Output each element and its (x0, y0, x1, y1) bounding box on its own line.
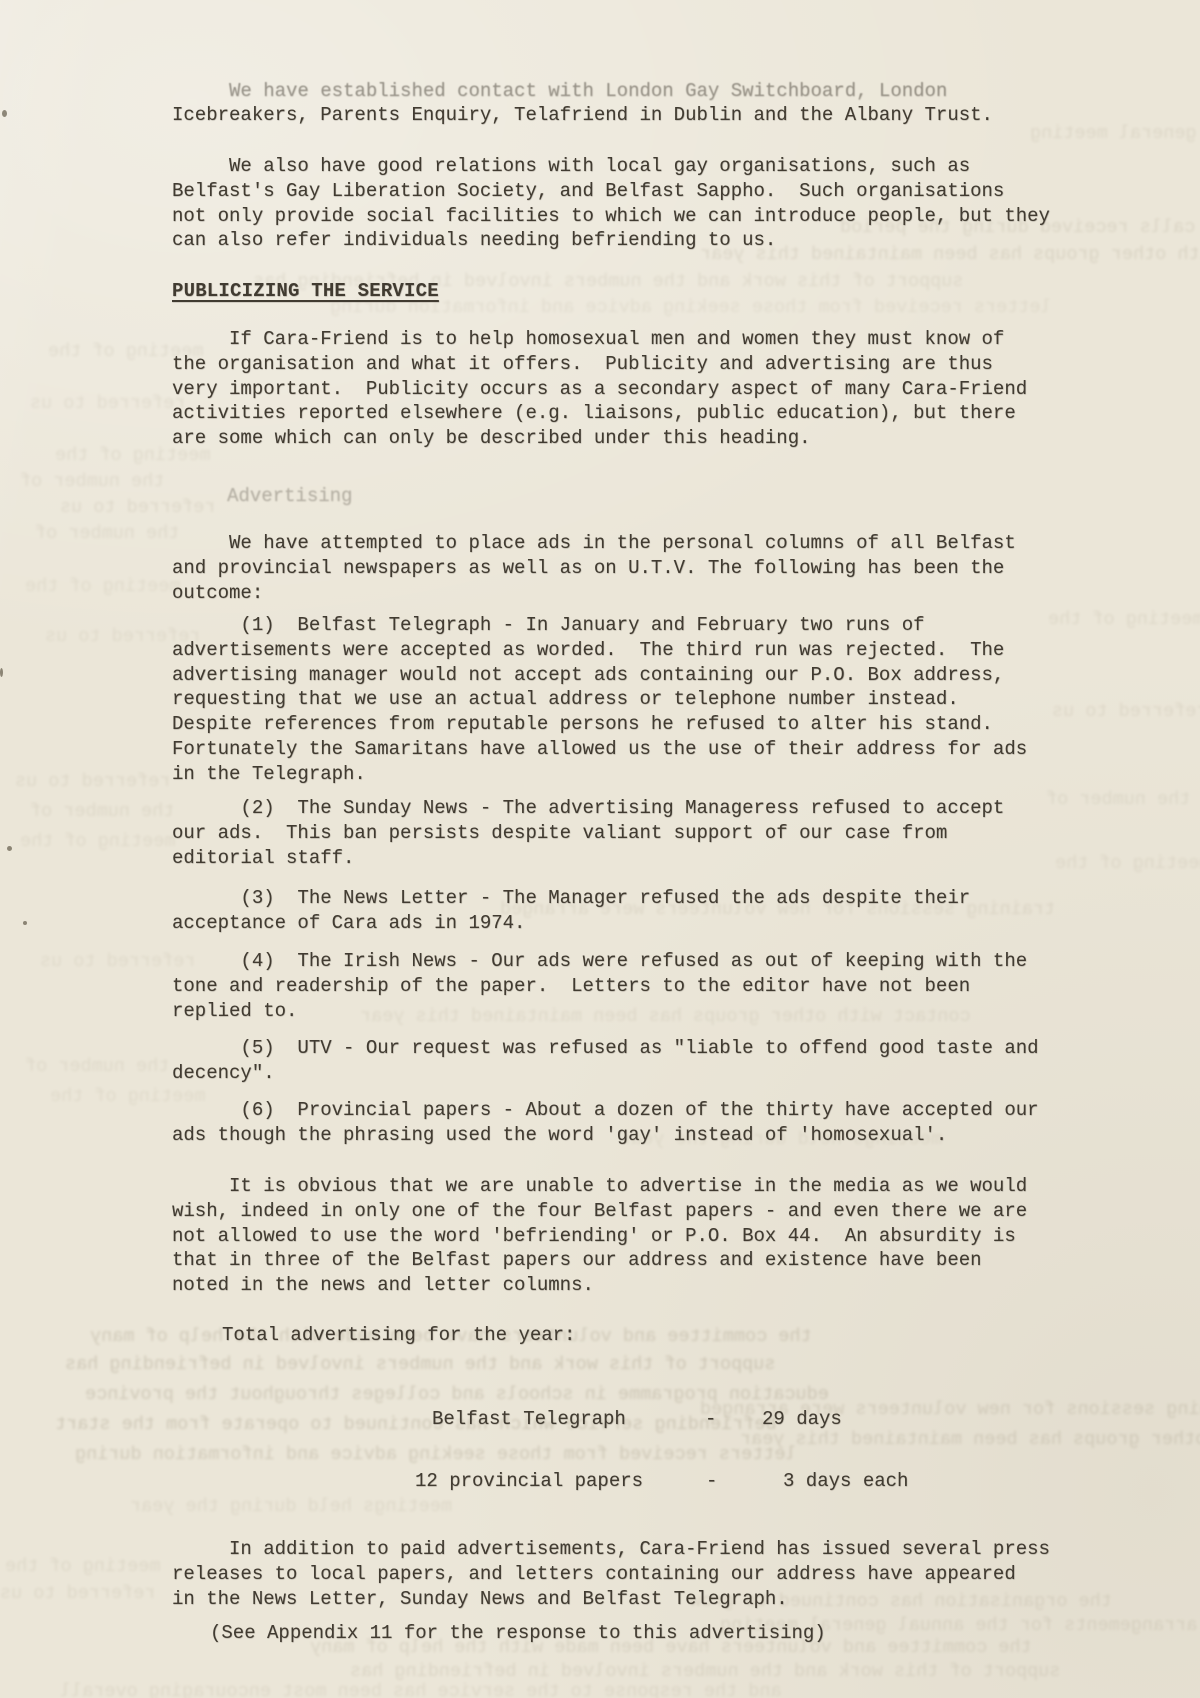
bleedthrough-line: referred to us (60, 496, 215, 520)
document-page: arrangements for the annual general meet… (0, 0, 1200, 1698)
total-advertising-label: Total advertising for the year: (222, 1323, 575, 1348)
bleedthrough-line: meeting of the (1055, 852, 1200, 876)
table-row-2-value: 3 days each (783, 1469, 908, 1494)
ink-speck (7, 846, 12, 851)
bleedthrough-line: meeting of the (20, 830, 175, 854)
paragraph-press-releases: In addition to paid advertisements, Cara… (172, 1537, 1050, 1611)
bleedthrough-line: meeting of the (25, 575, 180, 599)
table-row-1-name: Belfast Telegraph (432, 1407, 626, 1432)
list-item-5-utv: (5) UTV - Our request was refused as "li… (172, 1036, 1039, 1086)
paragraph-contacts-line2: Icebreakers, Parents Enquiry, Telafriend… (172, 103, 993, 128)
list-item-2-sunday-news: (2) The Sunday News - The advertising Ma… (172, 796, 1004, 870)
bleedthrough-line: the number of (35, 522, 179, 546)
bleedthrough-line: meeting of the (5, 1555, 160, 1579)
paragraph-publicity-importance: If Cara-Friend is to help homosexual men… (172, 327, 1027, 451)
bleedthrough-line: referred to us (0, 1582, 155, 1606)
paragraph-local-organisations: We also have good relations with local g… (172, 154, 1050, 253)
bleedthrough-line: meeting of the (1048, 608, 1200, 632)
bleedthrough-line: the number of (25, 1055, 169, 1079)
paragraph-advertising-conclusion: It is obvious that we are unable to adve… (172, 1174, 1027, 1298)
bleedthrough-line: the number of (1046, 788, 1190, 812)
list-item-3-news-letter: (3) The News Letter - The Manager refuse… (172, 886, 970, 936)
paragraph-ads-attempt: We have attempted to place ads in the pe… (172, 531, 1016, 605)
ink-speck (2, 110, 7, 117)
list-item-1-belfast-telegraph: (1) Belfast Telegraph - In January and F… (172, 613, 1027, 787)
ink-speck (0, 668, 3, 677)
bleedthrough-line: arrangements for the annual general meet… (1030, 122, 1200, 146)
bleedthrough-line: and the response to the service has been… (60, 1680, 782, 1698)
subheading-advertising: Advertising (227, 484, 352, 509)
list-item-4-irish-news: (4) The Irish News - Our ads were refuse… (172, 949, 1027, 1023)
table-row-1-dash: - (705, 1407, 716, 1432)
bleedthrough-line: education programme in schools and colle… (85, 1383, 829, 1407)
bleedthrough-line: referred to us (15, 770, 170, 794)
bleedthrough-line: support of this work and the numbers inv… (65, 1353, 776, 1377)
bleedthrough-line: letters received from those seeking advi… (75, 1443, 797, 1467)
bleedthrough-line: meetings held during the year (130, 1495, 452, 1519)
table-row-2-dash: - (706, 1469, 717, 1494)
list-item-6-provincial-papers: (6) Provincial papers - About a dozen of… (172, 1098, 1039, 1148)
bleedthrough-line: befriending service which has continued … (55, 1413, 777, 1437)
appendix-note: (See Appendix 11 for the response to thi… (210, 1621, 826, 1646)
table-row-2-name: 12 provincial papers (415, 1469, 643, 1494)
bleedthrough-line: the number of (30, 800, 174, 824)
ink-speck (23, 921, 27, 925)
section-heading-publicizing-the-service: PUBLICIZING THE SERVICE (172, 279, 439, 304)
bleedthrough-line: referred to us (1052, 700, 1200, 724)
bleedthrough-line: support of this work and the numbers inv… (350, 1660, 1061, 1684)
bleedthrough-line: the number of (20, 470, 164, 494)
table-row-1-value: 29 days (762, 1407, 842, 1432)
bleedthrough-line: referred to us (30, 392, 185, 416)
paragraph-contacts-line1: We have established contact with London … (172, 79, 947, 104)
